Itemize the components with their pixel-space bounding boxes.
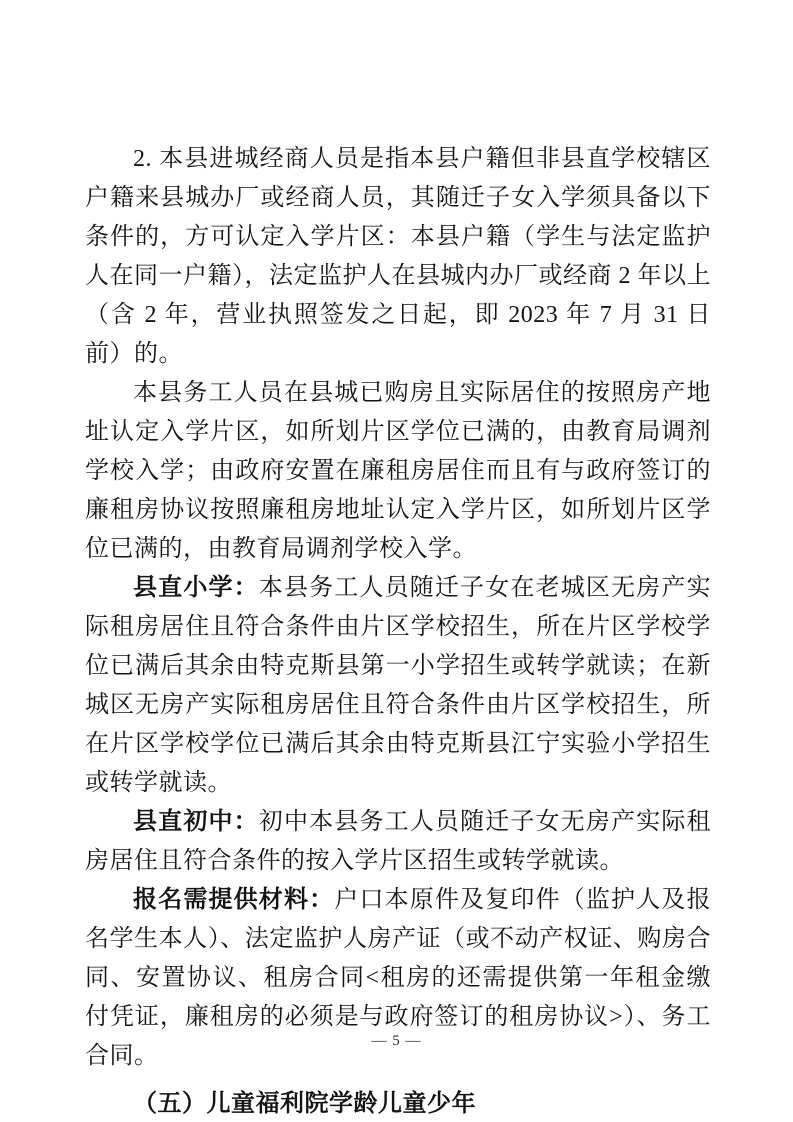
paragraph-registration-materials-lead: 报名需提供材料：	[133, 887, 334, 913]
paragraph-county-primary-school-text: 本县务工人员随迁子女在老城区无房产实际租房居住且符合条件由片区学校招生，所在片区…	[85, 575, 711, 796]
paragraph-county-junior-high-lead: 县直初中：	[133, 809, 259, 835]
document-page: 2. 本县进城经商人员是指本县户籍但非县直学校辖区户籍来县城办厂或经商人员，其随…	[0, 0, 793, 1122]
page-number: — 5 —	[0, 1031, 793, 1051]
paragraph-business-personnel: 2. 本县进城经商人员是指本县户籍但非县直学校辖区户籍来县城办厂或经商人员，其随…	[85, 140, 711, 374]
paragraph-county-junior-high: 县直初中：初中本县务工人员随迁子女无房产实际租房居住且符合条件的按入学片区招生或…	[85, 803, 711, 881]
paragraph-county-primary-school: 县直小学：本县务工人员随迁子女在老城区无房产实际租房居住且符合条件由片区学校招生…	[85, 569, 711, 803]
paragraph-business-personnel-text: 2. 本县进城经商人员是指本县户籍但非县直学校辖区户籍来县城办厂或经商人员，其随…	[85, 146, 711, 367]
paragraph-county-primary-school-lead: 县直小学：	[133, 575, 259, 601]
document-body: 2. 本县进城经商人员是指本县户籍但非县直学校辖区户籍来县城办厂或经商人员，其随…	[85, 140, 711, 1122]
paragraph-migrant-workers-text: 本县务工人员在县城已购房且实际居住的按照房产地址认定入学片区，如所划片区学位已满…	[85, 380, 711, 562]
section-heading-welfare-children: （五）儿童福利院学龄儿童少年	[85, 1085, 711, 1122]
paragraph-migrant-workers: 本县务工人员在县城已购房且实际居住的按照房产地址认定入学片区，如所划片区学位已满…	[85, 374, 711, 569]
